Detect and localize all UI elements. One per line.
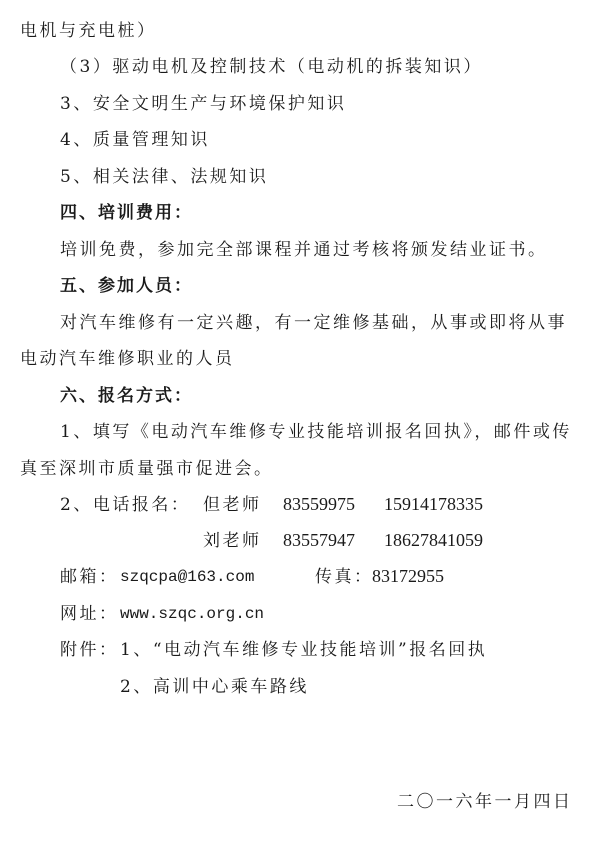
continued-line: 电机与充电桩） [20, 21, 157, 41]
list-item-drive-motor: （3）驱动电机及控制技术（电动机的拆装知识） [60, 57, 483, 77]
email-link[interactable]: szqcpa@163.com [120, 567, 254, 587]
contact-phone: 83557947 [283, 530, 355, 550]
section-heading-registration: 六、报名方式： [60, 386, 193, 406]
registration-item1-line1: 1、填写《电动汽车维修专业技能培训报名回执》，邮件或传 [60, 422, 572, 442]
contact-mobile: 15914178335 [384, 494, 483, 514]
contact-phone: 83559975 [283, 494, 355, 514]
section-heading-fee: 四、培训费用： [60, 203, 193, 223]
registration-item1-line2: 真至深圳市质量强市促进会。 [20, 459, 274, 479]
section-heading-participants: 五、参加人员： [60, 276, 193, 296]
fax-label: 传真： [315, 567, 374, 587]
participants-text-line2: 电动汽车维修职业的人员 [20, 349, 235, 369]
website-link[interactable]: www.szqc.org.cn [120, 604, 264, 624]
document-date: 二〇一六年一月四日 [397, 792, 573, 812]
email-label: 邮箱： [60, 567, 119, 587]
contact-name: 但老师 [203, 495, 262, 515]
website-label: 网址： [60, 604, 119, 624]
list-item-quality: 4、质量管理知识 [60, 130, 210, 150]
phone-registration-label: 2、电话报名： [60, 495, 190, 515]
fax-number: 83172955 [372, 566, 444, 586]
fee-text: 培训免费，参加完全部课程并通过考核将颁发结业证书。 [60, 240, 548, 260]
list-item-safety: 3、安全文明生产与环境保护知识 [60, 94, 346, 114]
attachments-label: 附件： [60, 640, 119, 660]
contact-name: 刘老师 [203, 531, 262, 551]
attachment-item: 1、“电动汽车维修专业技能培训”报名回执 [120, 640, 487, 660]
list-item-law: 5、相关法律、法规知识 [60, 167, 268, 187]
participants-text-line1: 对汽车维修有一定兴趣，有一定维修基础，从事或即将从事 [60, 313, 567, 333]
contact-mobile: 18627841059 [384, 530, 483, 550]
attachment-item: 2、高训中心乘车路线 [120, 677, 309, 697]
